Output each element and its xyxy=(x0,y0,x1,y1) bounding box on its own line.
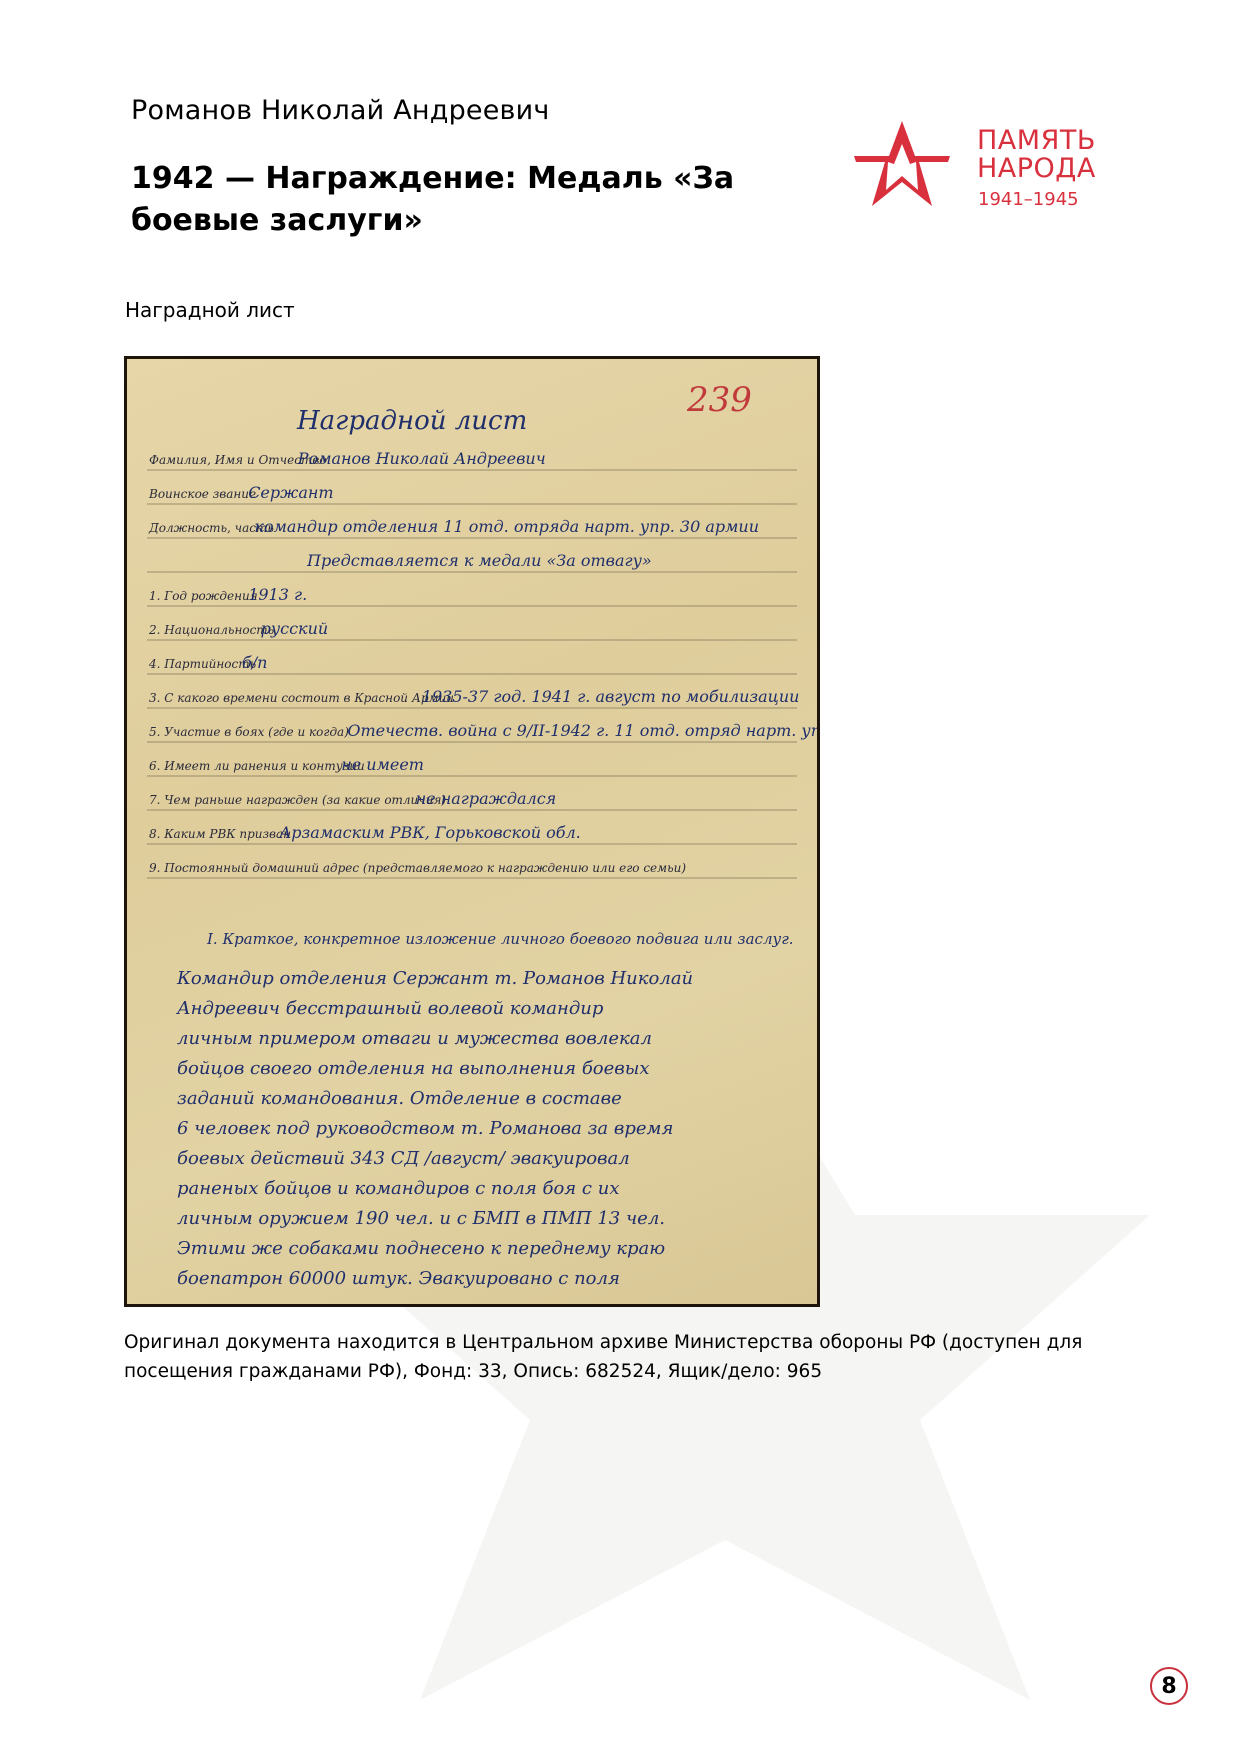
svg-text:6. Имеет ли ранения и контузии: 6. Имеет ли ранения и контузии xyxy=(149,759,365,773)
logo-years: 1941–1945 xyxy=(978,189,1079,210)
red-star-icon xyxy=(852,116,952,216)
svg-text:Отечеств. война с 9/II-1942 г.: Отечеств. война с 9/II-1942 г. 11 отд. о… xyxy=(347,721,817,740)
page-number: 8 xyxy=(1150,1667,1188,1705)
svg-text:командир отделения 11 отд. отр: командир отделения 11 отд. отряда нарт. … xyxy=(254,517,759,536)
document-caption: Наградной лист xyxy=(125,298,295,322)
handwritten-document: 239 Наградной лист Фамилия, Имя и Отчест… xyxy=(127,359,817,1304)
svg-text:7. Чем раньше награжден (за ка: 7. Чем раньше награжден (за какие отличи… xyxy=(149,793,446,807)
svg-text:Командир отделения Сержант т.: Командир отделения Сержант т. Романов Ни… xyxy=(176,968,693,989)
person-name: Романов Николай Андреевич xyxy=(131,95,550,126)
logo-pamyat-naroda: ПАМЯТЬ НАРОДА 1941–1945 xyxy=(852,116,1132,221)
svg-text:личным оружием 190 чел. и с БМ: личным оружием 190 чел. и с БМП в ПМП 13… xyxy=(177,1208,665,1229)
svg-text:8. Каким РВК призван: 8. Каким РВК призван xyxy=(149,827,291,841)
svg-text:9. Постоянный домашний адрес (: 9. Постоянный домашний адрес (представля… xyxy=(149,861,686,875)
svg-text:Наградной лист: Наградной лист xyxy=(296,406,527,436)
archive-source-note: Оригинал документа находится в Центральн… xyxy=(124,1328,1124,1386)
award-sheet-scan: 239 Наградной лист Фамилия, Имя и Отчест… xyxy=(124,356,820,1307)
svg-text:1913 г.: 1913 г. xyxy=(248,585,307,604)
svg-text:4. Партийность: 4. Партийность xyxy=(148,657,256,671)
svg-text:1935-37 год. 1941 г. август по: 1935-37 год. 1941 г. август по мобилизац… xyxy=(422,687,800,706)
svg-text:2. Национальность: 2. Национальность xyxy=(148,623,274,637)
svg-text:боевых действий 343 СД /август: боевых действий 343 СД /август/ эвакуиро… xyxy=(177,1148,630,1169)
svg-text:Андреевич бесстрашный волевой: Андреевич бесстрашный волевой командир xyxy=(175,998,604,1019)
svg-text:личным примером отваги и мужес: личным примером отваги и мужества вовлек… xyxy=(177,1028,652,1049)
svg-text:5. Участие в боях (где и когда: 5. Участие в боях (где и когда) xyxy=(149,725,349,739)
svg-text:1. Год рождения: 1. Год рождения xyxy=(149,589,258,603)
svg-text:Представляется к медали «За от: Представляется к медали «За отвагу» xyxy=(306,551,652,570)
svg-text:6 человек под руководством т.: 6 человек под руководством т. Романова з… xyxy=(177,1118,673,1139)
svg-text:боепатрон 60000 штук. Эвакуиро: боепатрон 60000 штук. Эвакуировано с пол… xyxy=(177,1268,620,1289)
page-title: 1942 — Награждение: Медаль «За боевые за… xyxy=(131,158,791,242)
svg-text:I. Краткое, конкретное изложен: I. Краткое, конкретное изложение личного… xyxy=(206,930,794,948)
svg-text:заданий командования. Отделени: заданий командования. Отделение в состав… xyxy=(177,1088,622,1109)
svg-text:б/п: б/п xyxy=(242,653,267,672)
svg-text:не имеет: не имеет xyxy=(341,755,424,774)
svg-text:раненых бойцов и командиров с: раненых бойцов и командиров с поля боя с… xyxy=(177,1178,619,1199)
svg-text:Арзамаским РВК, Горьковской об: Арзамаским РВК, Горьковской обл. xyxy=(278,823,581,842)
svg-text:239: 239 xyxy=(686,380,752,420)
svg-text:Воинское звание: Воинское звание xyxy=(148,487,256,501)
logo-line-2: НАРОДА xyxy=(977,155,1096,183)
svg-text:3. С какого времени состоит в: 3. С какого времени состоит в Красной Ар… xyxy=(149,691,454,705)
logo-line-1: ПАМЯТЬ xyxy=(977,127,1096,155)
svg-text:Романов Николай Андреевич: Романов Николай Андреевич xyxy=(297,449,546,468)
svg-text:не награждался: не награждался xyxy=(416,789,557,808)
svg-text:русский: русский xyxy=(261,619,329,638)
svg-text:Сержант: Сержант xyxy=(248,483,333,502)
svg-text:Этими же собаками поднесено к: Этими же собаками поднесено к переднему … xyxy=(177,1238,665,1259)
svg-text:бойцов своего отделения на вып: бойцов своего отделения на выполнения бо… xyxy=(177,1058,650,1079)
